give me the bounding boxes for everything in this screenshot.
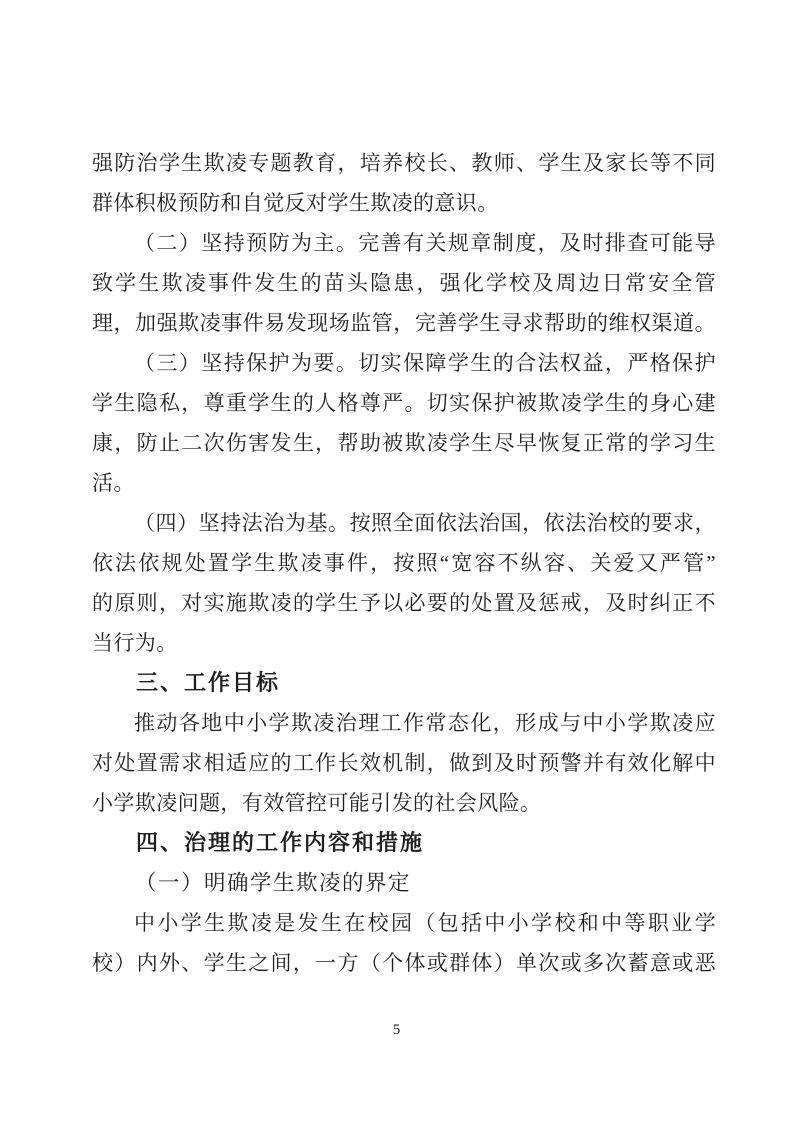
text-line: 的原则，对实施欺凌的学生予以必要的处置及惩戒，及时纠正不 bbox=[92, 583, 716, 623]
section-heading: 四、治理的工作内容和措施 bbox=[92, 823, 716, 863]
text-line: 致学生欺凌事件发生的苗头隐患，强化学校及周边日常安全管 bbox=[92, 263, 716, 303]
text-line: 强防治学生欺凌专题教育，培养校长、教师、学生及家长等不同 bbox=[92, 143, 716, 183]
page-number: 5 bbox=[0, 1020, 793, 1040]
sub-section-heading: （一）明确学生欺凌的界定 bbox=[92, 863, 716, 903]
text-line: 校）内外、学生之间，一方（个体或群体）单次或多次蓄意或恶 bbox=[92, 943, 716, 983]
text-line: 推动各地中小学欺凌治理工作常态化，形成与中小学欺凌应 bbox=[92, 703, 716, 743]
text-line: 康，防止二次伤害发生，帮助被欺凌学生尽早恢复正常的学习生 bbox=[92, 423, 716, 463]
document-page: 强防治学生欺凌专题教育，培养校长、教师、学生及家长等不同群体积极预防和自觉反对学… bbox=[0, 0, 793, 1122]
document-content: 强防治学生欺凌专题教育，培养校长、教师、学生及家长等不同群体积极预防和自觉反对学… bbox=[92, 143, 716, 983]
text-line: 对处置需求相适应的工作长效机制，做到及时预警并有效化解中 bbox=[92, 743, 716, 783]
text-line: 理，加强欺凌事件易发现场监管，完善学生寻求帮助的维权渠道。 bbox=[92, 303, 716, 343]
text-line: （二）坚持预防为主。完善有关规章制度，及时排查可能导 bbox=[92, 223, 716, 263]
text-line: （四）坚持法治为基。按照全面依法治国，依法治校的要求， bbox=[92, 503, 716, 543]
text-line: （三）坚持保护为要。切实保障学生的合法权益，严格保护 bbox=[92, 343, 716, 383]
text-line: 中小学生欺凌是发生在校园（包括中小学校和中等职业学 bbox=[92, 903, 716, 943]
text-line: 依法依规处置学生欺凌事件，按照“宽容不纵容、关爱又严管” bbox=[92, 543, 716, 583]
text-line: 群体积极预防和自觉反对学生欺凌的意识。 bbox=[92, 183, 716, 223]
text-line: 当行为。 bbox=[92, 623, 716, 663]
text-line: 活。 bbox=[92, 463, 716, 503]
text-line: 学生隐私，尊重学生的人格尊严。切实保护被欺凌学生的身心建 bbox=[92, 383, 716, 423]
section-heading: 三、工作目标 bbox=[92, 663, 716, 703]
text-line: 小学欺凌问题，有效管控可能引发的社会风险。 bbox=[92, 783, 716, 823]
